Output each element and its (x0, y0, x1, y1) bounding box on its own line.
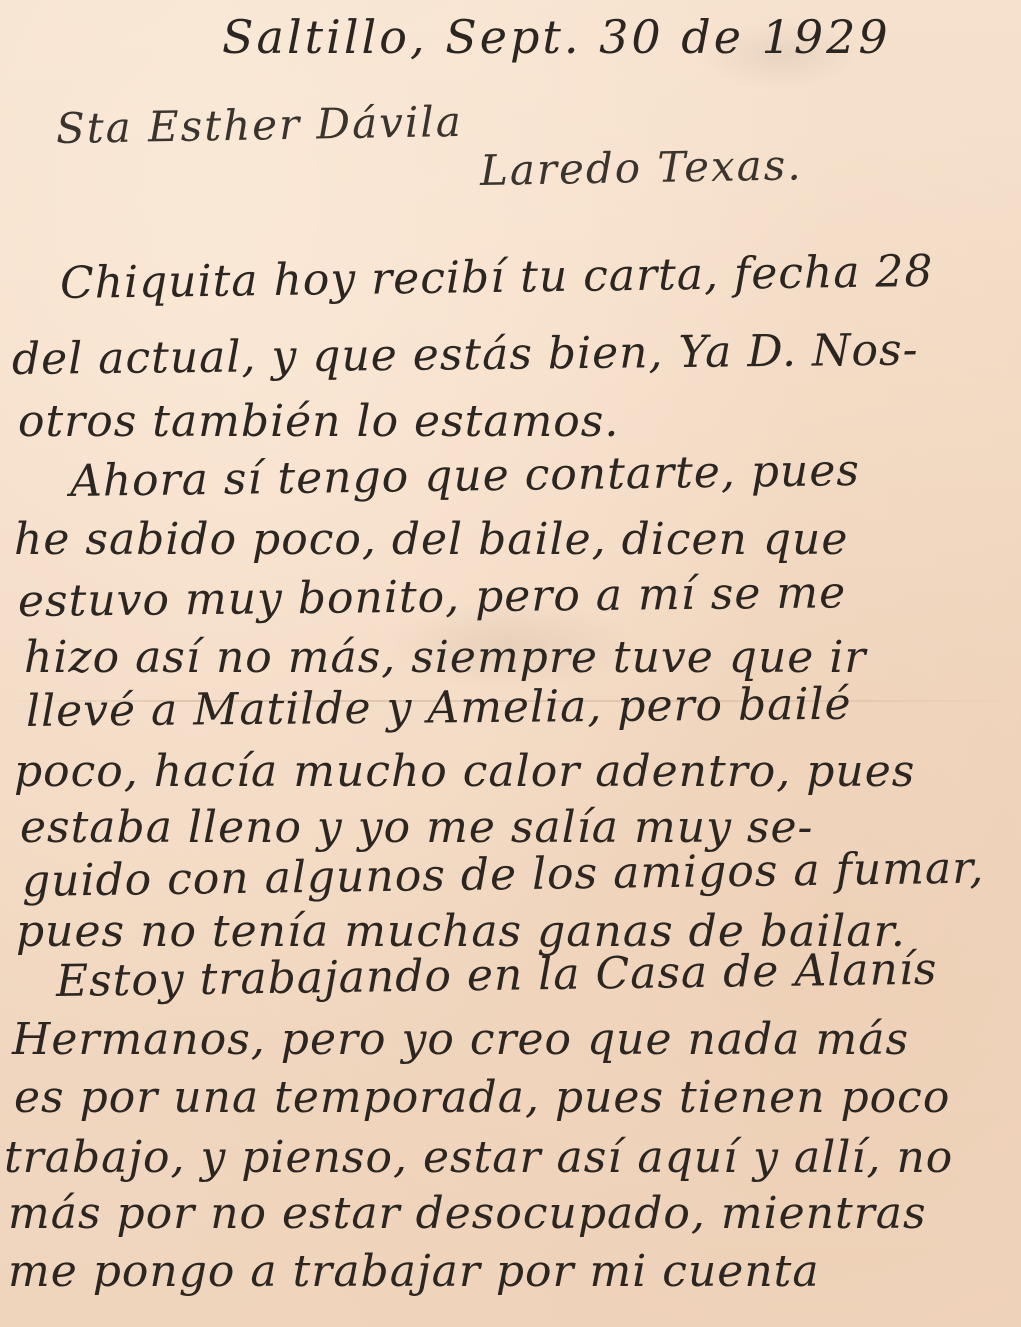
place-date-heading: Saltillo, Sept. 30 de 1929 (222, 14, 891, 60)
body-line: poco, hacía mucho calor adentro, pues (14, 750, 915, 794)
body-line: Estoy trabajando en la Casa de Alanís (56, 948, 938, 1004)
body-line: es por una temporada, pues tienen poco (14, 1076, 950, 1120)
body-line: trabajo, y pienso, estar así aquí y allí… (4, 1136, 953, 1180)
body-line: he sabido poco, del baile, dicen que (14, 518, 848, 562)
recipient-location: Laredo Texas. (480, 144, 803, 192)
body-line: me pongo a trabajar por mi cuenta (8, 1250, 820, 1294)
letter-page: Saltillo, Sept. 30 de 1929 Sta Esther Dá… (0, 0, 1021, 1327)
body-line: guido con algunos de los amigos a fumar, (22, 847, 985, 904)
body-line: Hermanos, pero yo creo que nada más (12, 1018, 909, 1062)
body-line: otros también lo estamos. (18, 400, 619, 444)
recipient-name: Sta Esther Dávila (56, 101, 463, 150)
body-line: hizo así no más, siempre tuve que ir (24, 636, 866, 680)
body-line: estuvo muy bonito, pero a mí se me (18, 571, 847, 624)
body-line: estaba lleno y yo me salía muy se- (20, 806, 813, 850)
body-line: Chiquita hoy recibí tu carta, fecha 28 (60, 250, 934, 306)
body-line: más por no estar desocupado, mientras (8, 1192, 927, 1236)
body-line: llevé a Matilde y Amelia, pero bailé (26, 683, 852, 734)
body-line: del actual, y que estás bien, Ya D. Nos- (12, 329, 919, 382)
body-line: Ahora sí tengo que contarte, pues (70, 449, 861, 504)
